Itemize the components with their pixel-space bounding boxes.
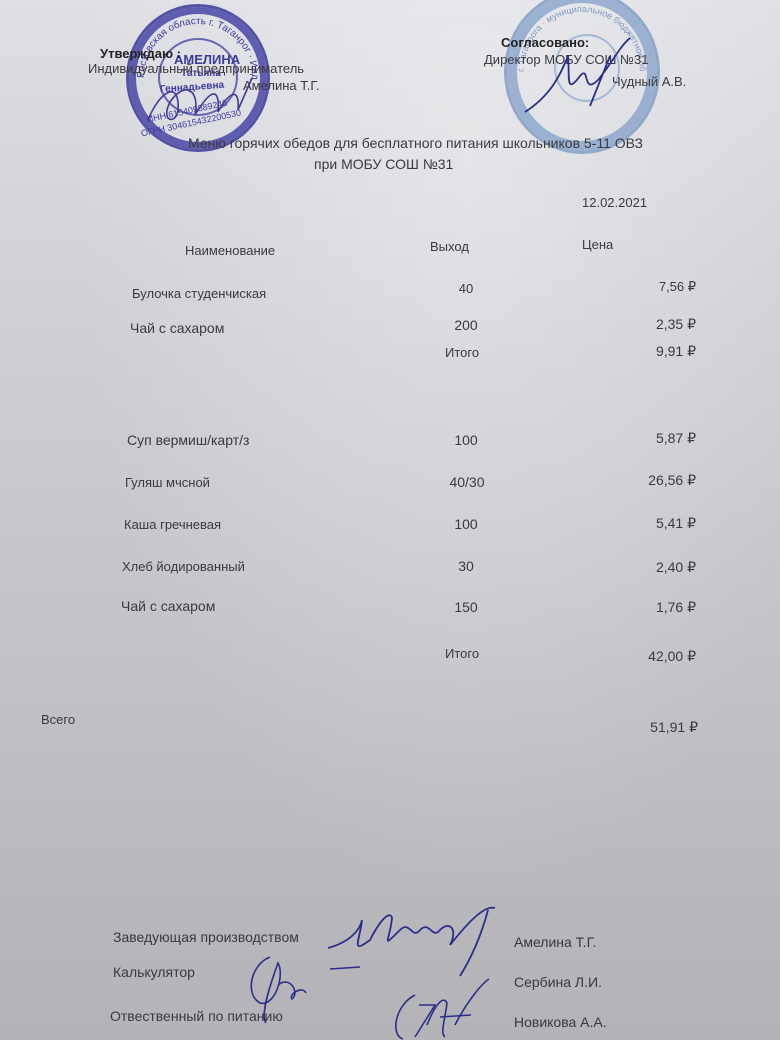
column-header-name: Наименование — [185, 243, 275, 259]
signature-role: Калькулятор — [113, 964, 195, 980]
signature-calculator — [240, 945, 380, 1025]
menu-item-price: 7,56 ₽ — [600, 279, 696, 295]
total-label: Всего — [41, 712, 75, 728]
menu-item-output: 200 — [440, 317, 492, 333]
subtotal-label: Итого — [445, 345, 479, 361]
menu-item-output: 30 — [440, 558, 492, 574]
subtotal-value: 9,91 ₽ — [600, 343, 696, 359]
menu-item-name: Хлеб йодированный — [122, 559, 245, 575]
menu-item-price: 1,76 ₽ — [600, 599, 696, 615]
column-header-output: Выход — [430, 239, 469, 255]
menu-item-output: 40/30 — [438, 474, 496, 490]
signature-left-approver — [140, 70, 260, 130]
document-title-line1: Меню горячих обедов для бесплатного пита… — [188, 135, 643, 151]
signature-nutrition-responsible — [385, 975, 495, 1040]
menu-item-output: 150 — [440, 599, 492, 615]
signature-name: Новикова А.А. — [514, 1014, 607, 1030]
signature-name: Амелина Т.Г. — [514, 934, 596, 950]
menu-item-price: 5,87 ₽ — [600, 430, 696, 446]
menu-item-price: 2,40 ₽ — [600, 559, 696, 575]
menu-item-name: Гуляш мчсной — [125, 475, 210, 491]
subtotal-label: Итого — [445, 646, 479, 662]
document-date: 12.02.2021 — [582, 195, 647, 211]
menu-item-name: Суп вермиш/карт/з — [127, 432, 249, 448]
menu-item-name: Чай с сахаром — [130, 320, 224, 336]
menu-item-output: 100 — [440, 516, 492, 532]
menu-item-price: 2,35 ₽ — [600, 316, 696, 332]
menu-item-price: 5,41 ₽ — [600, 515, 696, 531]
document-title-line2: при МОБУ СОШ №31 — [314, 156, 453, 172]
column-header-price: Цена — [582, 237, 613, 253]
total-value: 51,91 ₽ — [600, 719, 698, 735]
menu-item-name: Каша гречневая — [124, 517, 221, 533]
approval-left-label: Утверждаю : — [100, 46, 181, 62]
signature-name: Сербина Л.И. — [514, 974, 602, 990]
menu-item-name: Булочка студенчиская — [132, 286, 266, 302]
menu-item-price: 26,56 ₽ — [600, 472, 696, 488]
menu-item-output: 100 — [440, 432, 492, 448]
signature-right-director — [520, 36, 640, 116]
menu-item-name: Чай с сахаром — [121, 598, 215, 614]
signature-role: Заведующая производством — [113, 929, 299, 945]
menu-item-output: 40 — [440, 281, 492, 297]
subtotal-value: 42,00 ₽ — [600, 648, 696, 664]
